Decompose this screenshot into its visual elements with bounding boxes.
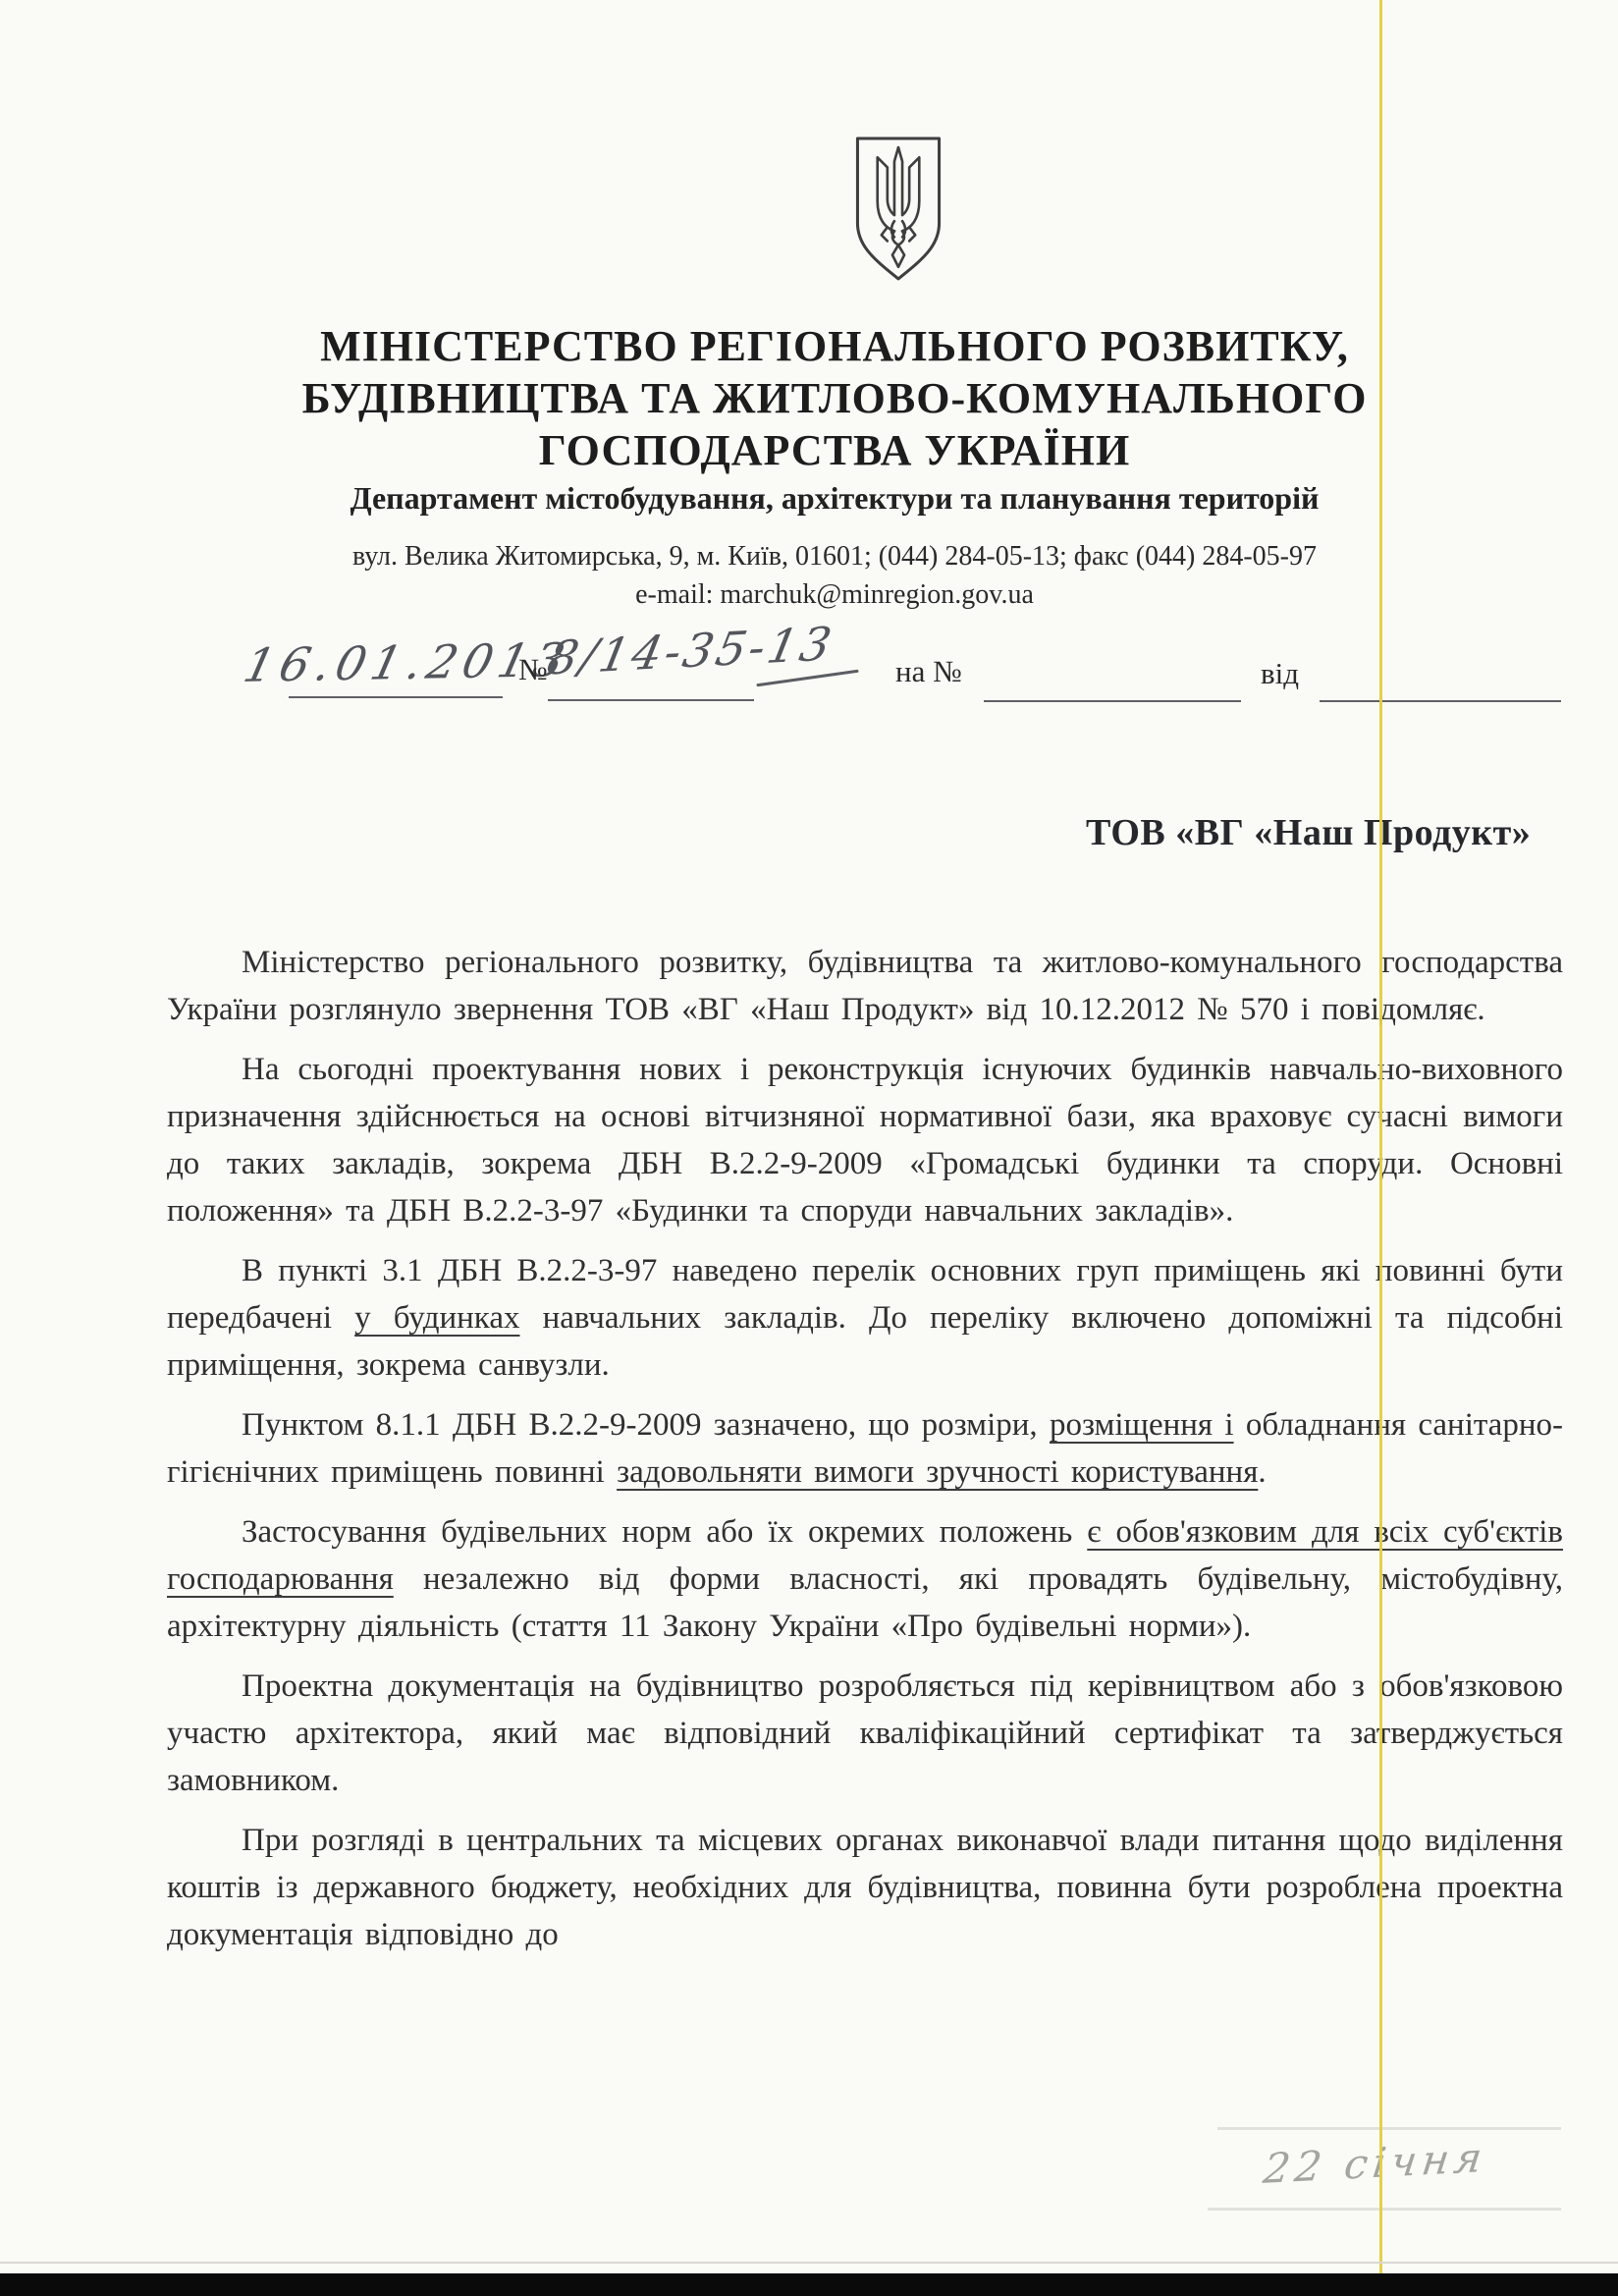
ministry-title-line-3: ГОСПОДАРСТВА УКРАЇНИ <box>118 424 1551 476</box>
scan-yellow-line <box>1379 0 1382 2296</box>
body-paragraph: Застосування будівельних норм або їх окр… <box>167 1508 1563 1650</box>
scan-streak <box>1208 2208 1561 2211</box>
body-paragraph: При розгляді в центральних та місцевих о… <box>167 1817 1563 1958</box>
ministry-title-line-1: МІНІСТЕРСТВО РЕГІОНАЛЬНОГО РОЗВИТКУ, <box>118 320 1551 372</box>
email-address: e-mail: marchuk@minregion.gov.ua <box>118 579 1551 611</box>
scan-bottom-band <box>0 2273 1618 2296</box>
body-paragraph: Міністерство регіонального розвитку, буд… <box>167 939 1563 1033</box>
body-paragraph: На сьогодні проектування нових і реконст… <box>167 1046 1563 1234</box>
department-name: Департамент містобудування, архітектури … <box>118 480 1551 517</box>
handwritten-outgoing-number: 8/14-35-13 <box>543 618 838 686</box>
incoming-date-blank-line <box>1320 697 1561 702</box>
recipient-name: ТОВ «ВГ «Наш Продукт» <box>1086 811 1531 854</box>
scanned-letter-page: МІНІСТЕРСТВО РЕГІОНАЛЬНОГО РОЗВИТКУ, БУД… <box>0 0 1618 2296</box>
body-paragraph: Проектна документація на будівництво роз… <box>167 1663 1563 1804</box>
scan-streak <box>1217 2127 1561 2130</box>
pencil-note: 22 січня <box>1261 2133 1489 2193</box>
incoming-number-blank-line <box>984 697 1241 702</box>
body-paragraph: Пунктом 8.1.1 ДБН В.2.2-9-2009 зазначено… <box>167 1401 1563 1496</box>
postal-address: вул. Велика Житомирська, 9, м. Київ, 016… <box>118 541 1551 573</box>
date-blank-line <box>289 693 503 698</box>
incoming-date-label: від <box>1261 656 1299 691</box>
number-blank-line <box>548 696 754 701</box>
incoming-number-label: на № <box>895 654 962 689</box>
ministry-title-line-2: БУДІВНИЦТВА ТА ЖИТЛОВО-КОМУНАЛЬНОГО <box>118 372 1551 424</box>
ukraine-trident-emblem-icon <box>850 136 946 283</box>
paper-bottom-edge <box>0 2262 1618 2264</box>
ministry-title: МІНІСТЕРСТВО РЕГІОНАЛЬНОГО РОЗВИТКУ, БУД… <box>118 320 1551 476</box>
body-paragraph: В пункті 3.1 ДБН В.2.2-3-97 наведено пер… <box>167 1247 1563 1389</box>
letter-body: Міністерство регіонального розвитку, буд… <box>167 939 1563 1971</box>
